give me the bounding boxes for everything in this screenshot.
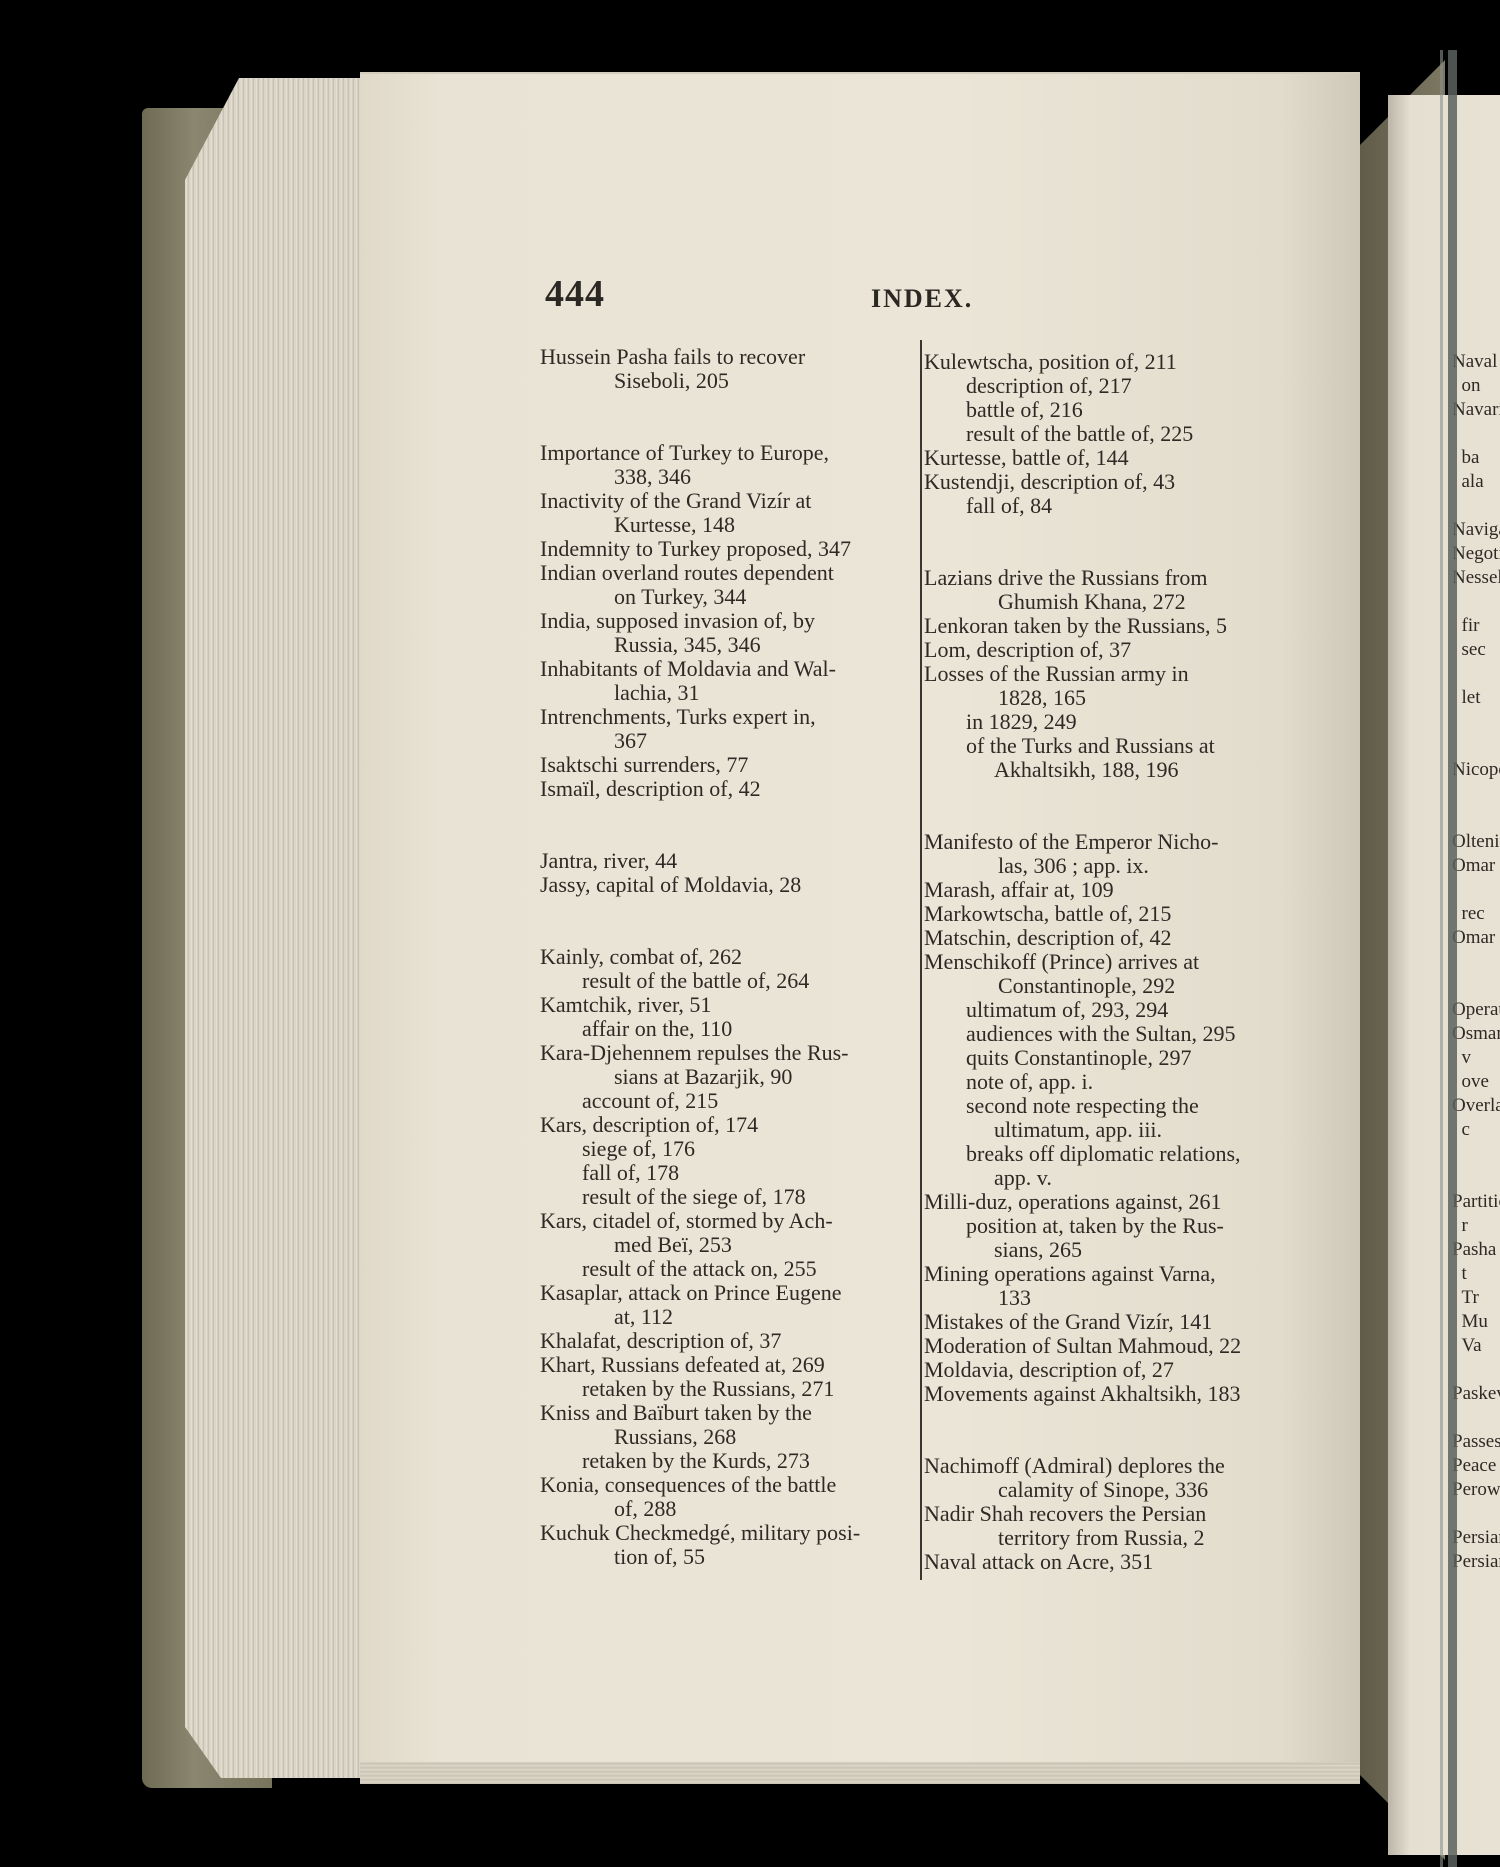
index-subentry: account of, 215 bbox=[540, 1089, 915, 1113]
entry-text: quits Constantinople, 297 bbox=[966, 1045, 1192, 1070]
index-entry: Kars, citadel of, stormed by Ach-med Beï… bbox=[540, 1209, 915, 1257]
index-subentry: note of, app. i. bbox=[924, 1070, 1294, 1094]
entry-text: ultimatum of, 293, 294 bbox=[966, 997, 1168, 1022]
entry-text: Kainly, combat of, 262 bbox=[540, 944, 742, 969]
index-entry: Movements against Akhaltsikh, 183 bbox=[924, 1382, 1294, 1406]
entry-text: Kars, citadel of, stormed by Ach- bbox=[540, 1208, 833, 1233]
entry-text: Nachimoff (Admiral) deplores the bbox=[924, 1453, 1225, 1478]
entry-continuation: sians, 265 bbox=[966, 1238, 1294, 1262]
entry-continuation: at, 112 bbox=[540, 1305, 915, 1329]
index-entry: Importance of Turkey to Europe,338, 346 bbox=[540, 441, 915, 489]
entry-continuation: on Turkey, 344 bbox=[540, 585, 915, 609]
index-entry: Kniss and Baïburt taken by theRussians, … bbox=[540, 1401, 915, 1449]
facing-page-fragment: fir bbox=[1452, 614, 1500, 638]
letter-section-gap bbox=[540, 393, 915, 441]
index-entry: Isaktschi surrenders, 77 bbox=[540, 753, 915, 777]
entry-text: Khalafat, description of, 37 bbox=[540, 1328, 781, 1353]
index-subentry: result of the siege of, 178 bbox=[540, 1185, 915, 1209]
entry-continuation: tion of, 55 bbox=[540, 1545, 915, 1569]
index-entry: Mistakes of the Grand Vizír, 141 bbox=[924, 1310, 1294, 1334]
index-column-right: Kulewtscha, position of, 211description … bbox=[924, 350, 1294, 1574]
entry-text: Jantra, river, 44 bbox=[540, 848, 677, 873]
page-header: 444 INDEX. bbox=[545, 272, 1290, 322]
index-entry: Khalafat, description of, 37 bbox=[540, 1329, 915, 1353]
entry-text: affair on the, 110 bbox=[582, 1016, 732, 1041]
index-entry: India, supposed invasion of, byRussia, 3… bbox=[540, 609, 915, 657]
entry-text: Mining operations against Varna, bbox=[924, 1261, 1216, 1286]
entry-continuation: 133 bbox=[924, 1286, 1294, 1310]
facing-page-fragment: on bbox=[1452, 374, 1500, 398]
index-entry: Khart, Russians defeated at, 269 bbox=[540, 1353, 915, 1377]
entry-text: result of the siege of, 178 bbox=[582, 1184, 806, 1209]
entry-text: Lazians drive the Russians from bbox=[924, 565, 1208, 590]
entry-text: of the Turks and Russians at bbox=[966, 733, 1215, 758]
entry-text: Khart, Russians defeated at, 269 bbox=[540, 1352, 825, 1377]
entry-continuation: territory from Russia, 2 bbox=[924, 1526, 1294, 1550]
facing-page-fragment bbox=[1452, 1166, 1500, 1190]
letter-section-gap bbox=[924, 782, 1294, 830]
index-entry: Kustendji, description of, 43 bbox=[924, 470, 1294, 494]
index-subentry: in 1829, 249 bbox=[924, 710, 1294, 734]
entry-text: Jassy, capital of Moldavia, 28 bbox=[540, 872, 801, 897]
entry-continuation: sians at Bazarjik, 90 bbox=[540, 1065, 915, 1089]
entry-text: retaken by the Russians, 271 bbox=[582, 1376, 834, 1401]
entry-continuation: Ghumish Khana, 272 bbox=[924, 590, 1294, 614]
entry-text: fall of, 178 bbox=[582, 1160, 679, 1185]
index-entry: Lazians drive the Russians fromGhumish K… bbox=[924, 566, 1294, 614]
facing-page-fragment bbox=[1452, 422, 1500, 446]
facing-page-fragment: Overlan bbox=[1452, 1094, 1500, 1118]
entry-text: Marash, affair at, 109 bbox=[924, 877, 1114, 902]
index-subentry: ultimatum of, 293, 294 bbox=[924, 998, 1294, 1022]
index-entry: Kara-Djehennem repulses the Rus-sians at… bbox=[540, 1041, 915, 1089]
facing-page-fragment: Omar bbox=[1452, 854, 1500, 878]
entry-text: in 1829, 249 bbox=[966, 709, 1077, 734]
entry-text: breaks off diplomatic relations, bbox=[966, 1141, 1241, 1166]
index-entry: Lenkoran taken by the Russians, 5 bbox=[924, 614, 1294, 638]
entry-text: Kamtchik, river, 51 bbox=[540, 992, 711, 1017]
entry-continuation: Russia, 345, 346 bbox=[540, 633, 915, 657]
entry-text: result of the attack on, 255 bbox=[582, 1256, 817, 1281]
index-subentry: result of the battle of, 225 bbox=[924, 422, 1294, 446]
entry-text: India, supposed invasion of, by bbox=[540, 608, 815, 633]
entry-continuation: lachia, 31 bbox=[540, 681, 915, 705]
facing-page-fragment bbox=[1452, 1358, 1500, 1382]
index-subentry: retaken by the Russians, 271 bbox=[540, 1377, 915, 1401]
index-subentry: breaks off diplomatic relations,app. v. bbox=[924, 1142, 1294, 1190]
entry-continuation: of, 288 bbox=[540, 1497, 915, 1521]
entry-text: Mistakes of the Grand Vizír, 141 bbox=[924, 1309, 1212, 1334]
entry-text: Kniss and Baïburt taken by the bbox=[540, 1400, 812, 1425]
index-entry: Hussein Pasha fails to recoverSiseboli, … bbox=[540, 345, 915, 393]
entry-text: Naval attack on Acre, 351 bbox=[924, 1549, 1153, 1574]
index-entry: Kulewtscha, position of, 211 bbox=[924, 350, 1294, 374]
index-entry: Marash, affair at, 109 bbox=[924, 878, 1294, 902]
entry-text: result of the battle of, 264 bbox=[582, 968, 809, 993]
index-subentry: fall of, 178 bbox=[540, 1161, 915, 1185]
facing-page-text-fragments: Naval a onNavari ba alaNavigaNegotiaNess… bbox=[1452, 350, 1500, 1574]
index-entry: Kurtesse, battle of, 144 bbox=[924, 446, 1294, 470]
facing-page-fragment bbox=[1452, 1406, 1500, 1430]
entry-text: Konia, consequences of the battle bbox=[540, 1472, 836, 1497]
entry-text: Moldavia, description of, 27 bbox=[924, 1357, 1174, 1382]
facing-page-fragment: sec bbox=[1452, 638, 1500, 662]
facing-page-fragment: c bbox=[1452, 1118, 1500, 1142]
entry-text: Lenkoran taken by the Russians, 5 bbox=[924, 613, 1227, 638]
facing-page-fragment bbox=[1452, 734, 1500, 758]
entry-continuation: 338, 346 bbox=[540, 465, 915, 489]
facing-page-fragment: Operati bbox=[1452, 998, 1500, 1022]
facing-page-fragment bbox=[1452, 950, 1500, 974]
facing-page-fragment: Osman bbox=[1452, 1022, 1500, 1046]
facing-page-fragment: Tr bbox=[1452, 1286, 1500, 1310]
entry-text: Nadir Shah recovers the Persian bbox=[924, 1501, 1206, 1526]
facing-page-fragment: Mu bbox=[1452, 1310, 1500, 1334]
entry-text: description of, 217 bbox=[966, 373, 1132, 398]
entry-text: Movements against Akhaltsikh, 183 bbox=[924, 1381, 1241, 1406]
entry-text: Losses of the Russian army in bbox=[924, 661, 1189, 686]
entry-continuation: calamity of Sinope, 336 bbox=[924, 1478, 1294, 1502]
index-entry: Manifesto of the Emperor Nicho-las, 306 … bbox=[924, 830, 1294, 878]
index-subentry: audiences with the Sultan, 295 bbox=[924, 1022, 1294, 1046]
facing-page-fragment: Paskev bbox=[1452, 1382, 1500, 1406]
entry-text: Hussein Pasha fails to recover bbox=[540, 344, 805, 369]
facing-page-fragment: Nicopo bbox=[1452, 758, 1500, 782]
index-entry: Nadir Shah recovers the Persianterritory… bbox=[924, 1502, 1294, 1550]
index-entry: Kainly, combat of, 262 bbox=[540, 945, 915, 969]
index-entry: Markowtscha, battle of, 215 bbox=[924, 902, 1294, 926]
entry-continuation: Akhaltsikh, 188, 196 bbox=[966, 758, 1294, 782]
entry-text: Intrenchments, Turks expert in, bbox=[540, 704, 816, 729]
facing-page-fragment bbox=[1452, 806, 1500, 830]
index-column-left: Hussein Pasha fails to recoverSiseboli, … bbox=[540, 345, 915, 1569]
column-divider bbox=[920, 340, 922, 1580]
entry-text: Matschin, description of, 42 bbox=[924, 925, 1171, 950]
facing-page-fragment: v bbox=[1452, 1046, 1500, 1070]
index-entry: Jantra, river, 44 bbox=[540, 849, 915, 873]
facing-page-fragment: ala bbox=[1452, 470, 1500, 494]
facing-page-fragment bbox=[1452, 782, 1500, 806]
entry-text: Indemnity to Turkey proposed, 347 bbox=[540, 536, 851, 561]
entry-text: siege of, 176 bbox=[582, 1136, 695, 1161]
index-subentry: fall of, 84 bbox=[924, 494, 1294, 518]
index-subentry: of the Turks and Russians atAkhaltsikh, … bbox=[924, 734, 1294, 782]
entry-continuation: 1828, 165 bbox=[924, 686, 1294, 710]
entry-text: Kurtesse, battle of, 144 bbox=[924, 445, 1129, 470]
index-entry: Matschin, description of, 42 bbox=[924, 926, 1294, 950]
facing-page-fragment: Persian bbox=[1452, 1526, 1500, 1550]
page-edges bbox=[185, 78, 365, 1778]
facing-page-fragment bbox=[1452, 494, 1500, 518]
entry-continuation: app. v. bbox=[966, 1166, 1294, 1190]
entry-text: Kars, description of, 174 bbox=[540, 1112, 758, 1137]
entry-text: note of, app. i. bbox=[966, 1069, 1093, 1094]
scanner-glass-edge bbox=[1440, 50, 1443, 1867]
entry-text: audiences with the Sultan, 295 bbox=[966, 1021, 1235, 1046]
facing-page-fragment bbox=[1452, 1502, 1500, 1526]
entry-continuation: ultimatum, app. iii. bbox=[966, 1118, 1294, 1142]
entry-text: Kuchuk Checkmedgé, military posi- bbox=[540, 1520, 860, 1545]
index-entry: Lom, description of, 37 bbox=[924, 638, 1294, 662]
facing-page-fragment: Peace c bbox=[1452, 1454, 1500, 1478]
entry-text: Ismaïl, description of, 42 bbox=[540, 776, 761, 801]
entry-text: Inhabitants of Moldavia and Wal- bbox=[540, 656, 836, 681]
facing-page-fragment: Perows bbox=[1452, 1478, 1500, 1502]
facing-page-fragment: Passes bbox=[1452, 1430, 1500, 1454]
entry-continuation: las, 306 ; app. ix. bbox=[924, 854, 1294, 878]
facing-page-fragment: Pasha bbox=[1452, 1238, 1500, 1262]
running-head: INDEX. bbox=[871, 284, 973, 314]
facing-page-fragment: rec bbox=[1452, 902, 1500, 926]
entry-continuation: Kurtesse, 148 bbox=[540, 513, 915, 537]
entry-continuation: Siseboli, 205 bbox=[540, 369, 915, 393]
facing-page-fragment: ove bbox=[1452, 1070, 1500, 1094]
entry-text: second note respecting the bbox=[966, 1093, 1199, 1118]
facing-page-fragment: Partitic bbox=[1452, 1190, 1500, 1214]
letter-section-gap bbox=[924, 1406, 1294, 1454]
index-entry: Jassy, capital of Moldavia, 28 bbox=[540, 873, 915, 897]
entry-continuation: Russians, 268 bbox=[540, 1425, 915, 1449]
facing-page-fragment bbox=[1452, 710, 1500, 734]
index-entry: Menschikoff (Prince) arrives atConstanti… bbox=[924, 950, 1294, 998]
index-entry: Intrenchments, Turks expert in,367 bbox=[540, 705, 915, 753]
facing-page-fragment: ba bbox=[1452, 446, 1500, 470]
index-entry: Kars, description of, 174 bbox=[540, 1113, 915, 1137]
index-subentry: position at, taken by the Rus-sians, 265 bbox=[924, 1214, 1294, 1262]
entry-text: Milli-duz, operations against, 261 bbox=[924, 1189, 1222, 1214]
facing-page-fragment: t bbox=[1452, 1262, 1500, 1286]
entry-text: Kasaplar, attack on Prince Eugene bbox=[540, 1280, 842, 1305]
facing-page-fragment bbox=[1452, 1142, 1500, 1166]
facing-page-fragment: Omar bbox=[1452, 926, 1500, 950]
index-entry: Moderation of Sultan Mahmoud, 22 bbox=[924, 1334, 1294, 1358]
letter-section-gap bbox=[924, 518, 1294, 566]
index-subentry: battle of, 216 bbox=[924, 398, 1294, 422]
index-subentry: siege of, 176 bbox=[540, 1137, 915, 1161]
facing-page-fragment: Persian bbox=[1452, 1550, 1500, 1574]
index-entry: Inactivity of the Grand Vizír atKurtesse… bbox=[540, 489, 915, 537]
entry-text: Moderation of Sultan Mahmoud, 22 bbox=[924, 1333, 1241, 1358]
index-entry: Indian overland routes dependenton Turke… bbox=[540, 561, 915, 609]
index-entry: Milli-duz, operations against, 261 bbox=[924, 1190, 1294, 1214]
facing-page-fragment: let bbox=[1452, 686, 1500, 710]
index-entry: Konia, consequences of the battleof, 288 bbox=[540, 1473, 915, 1521]
entry-text: Menschikoff (Prince) arrives at bbox=[924, 949, 1199, 974]
facing-page-fragment: Oltenit bbox=[1452, 830, 1500, 854]
facing-page-fragment bbox=[1452, 974, 1500, 998]
entry-text: position at, taken by the Rus- bbox=[966, 1213, 1224, 1238]
entry-text: Markowtscha, battle of, 215 bbox=[924, 901, 1171, 926]
index-subentry: quits Constantinople, 297 bbox=[924, 1046, 1294, 1070]
index-entry: Moldavia, description of, 27 bbox=[924, 1358, 1294, 1382]
facing-page-fragment: r bbox=[1452, 1214, 1500, 1238]
index-subentry: affair on the, 110 bbox=[540, 1017, 915, 1041]
index-entry: Inhabitants of Moldavia and Wal-lachia, … bbox=[540, 657, 915, 705]
entry-text: Inactivity of the Grand Vizír at bbox=[540, 488, 811, 513]
entry-continuation: 367 bbox=[540, 729, 915, 753]
entry-text: Kara-Djehennem repulses the Rus- bbox=[540, 1040, 849, 1065]
index-subentry: retaken by the Kurds, 273 bbox=[540, 1449, 915, 1473]
facing-page-fragment bbox=[1452, 878, 1500, 902]
letter-section-gap bbox=[540, 801, 915, 849]
entry-text: retaken by the Kurds, 273 bbox=[582, 1448, 810, 1473]
entry-text: Lom, description of, 37 bbox=[924, 637, 1131, 662]
facing-page-fragment: Negotia bbox=[1452, 542, 1500, 566]
entry-text: Kulewtscha, position of, 211 bbox=[924, 349, 1177, 374]
letter-section-gap bbox=[540, 897, 915, 945]
index-subentry: second note respecting theultimatum, app… bbox=[924, 1094, 1294, 1142]
index-entry: Ismaïl, description of, 42 bbox=[540, 777, 915, 801]
facing-page-fragment: Naval a bbox=[1452, 350, 1500, 374]
index-entry: Losses of the Russian army in1828, 165 bbox=[924, 662, 1294, 710]
entry-text: Manifesto of the Emperor Nicho- bbox=[924, 829, 1218, 854]
index-entry: Kuchuk Checkmedgé, military posi-tion of… bbox=[540, 1521, 915, 1569]
facing-page-fragment: Navari bbox=[1452, 398, 1500, 422]
index-subentry: result of the battle of, 264 bbox=[540, 969, 915, 993]
index-entry: Naval attack on Acre, 351 bbox=[924, 1550, 1294, 1574]
index-entry: Kasaplar, attack on Prince Eugeneat, 112 bbox=[540, 1281, 915, 1329]
facing-page-fragment: Naviga bbox=[1452, 518, 1500, 542]
facing-page-fragment bbox=[1452, 662, 1500, 686]
index-subentry: result of the attack on, 255 bbox=[540, 1257, 915, 1281]
entry-text: result of the battle of, 225 bbox=[966, 421, 1193, 446]
entry-text: battle of, 216 bbox=[966, 397, 1083, 422]
facing-page-fragment: Nesseli bbox=[1452, 566, 1500, 590]
entry-text: Kustendji, description of, 43 bbox=[924, 469, 1175, 494]
entry-text: Indian overland routes dependent bbox=[540, 560, 834, 585]
index-entry: Mining operations against Varna,133 bbox=[924, 1262, 1294, 1310]
entry-text: account of, 215 bbox=[582, 1088, 718, 1113]
facing-page-fragment bbox=[1452, 590, 1500, 614]
entry-text: Isaktschi surrenders, 77 bbox=[540, 752, 748, 777]
page-number: 444 bbox=[545, 272, 605, 316]
facing-page-fragment: Va bbox=[1452, 1334, 1500, 1358]
index-entry: Indemnity to Turkey proposed, 347 bbox=[540, 537, 915, 561]
index-subentry: description of, 217 bbox=[924, 374, 1294, 398]
index-entry: Nachimoff (Admiral) deplores thecalamity… bbox=[924, 1454, 1294, 1502]
entry-continuation: Constantinople, 292 bbox=[924, 974, 1294, 998]
entry-text: fall of, 84 bbox=[966, 493, 1052, 518]
scanner-glass-edge bbox=[1448, 50, 1457, 1867]
entry-text: Importance of Turkey to Europe, bbox=[540, 440, 829, 465]
index-entry: Kamtchik, river, 51 bbox=[540, 993, 915, 1017]
page-bottom-edge bbox=[360, 1762, 1360, 1784]
entry-continuation: med Beï, 253 bbox=[540, 1233, 915, 1257]
